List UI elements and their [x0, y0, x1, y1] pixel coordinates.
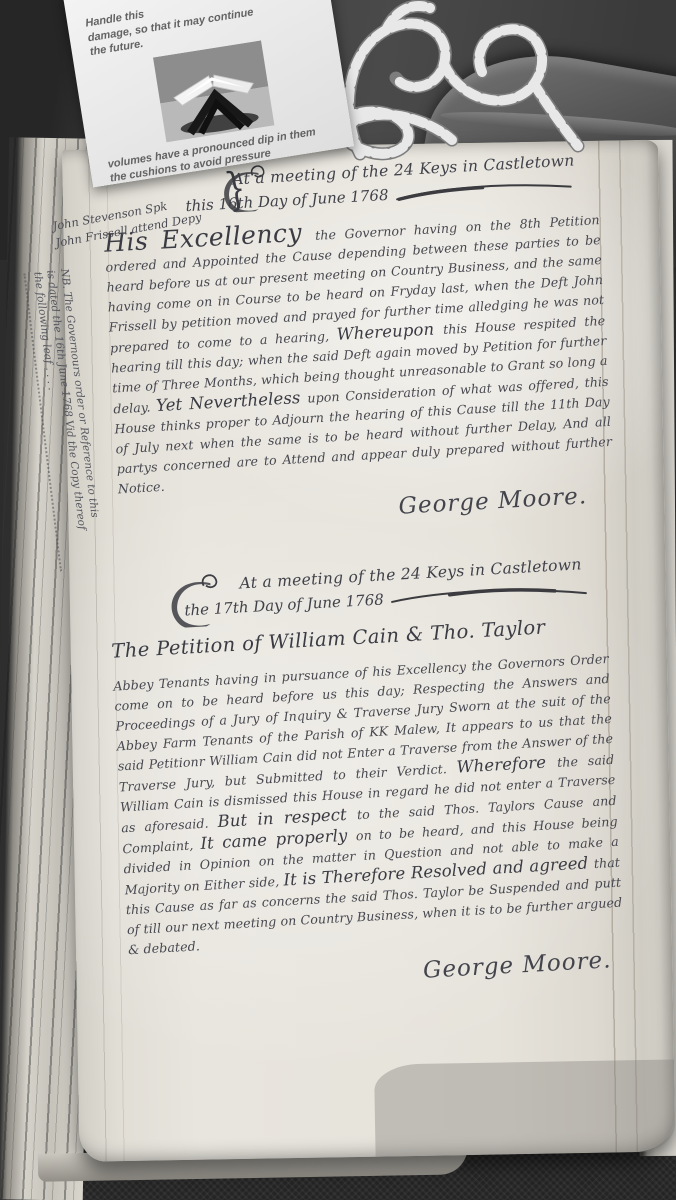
pen-swash	[389, 581, 590, 608]
minute-entry-17-june: At a meeting of the 24 Keys in Castletow…	[70, 551, 676, 1003]
conservation-tissue-patch	[374, 1059, 676, 1156]
handwritten-segment: Wherefore	[456, 752, 558, 777]
book-weight-chain	[300, 0, 676, 170]
entry-body-text: His Excellency the Governor having on th…	[104, 206, 614, 499]
handwritten-segment: Abbey Tenants having in pursuance of his…	[113, 651, 614, 795]
pen-swash	[394, 177, 575, 203]
book-cradle-photo	[147, 39, 281, 143]
handwritten-segment: upon Consideration of what was offered, …	[114, 374, 612, 497]
handwritten-segment: Whereupon	[336, 319, 443, 344]
entry-body-text: Abbey Tenants having in pursuance of his…	[113, 649, 624, 960]
manuscript-page: NB. The Governours order or Reference to…	[62, 140, 676, 1162]
archive-photo-scene: NB. The Governours order or Reference to…	[0, 0, 676, 1200]
minute-entry-16-june: At a meeting of the 24 Keys in Castletow…	[63, 147, 676, 538]
